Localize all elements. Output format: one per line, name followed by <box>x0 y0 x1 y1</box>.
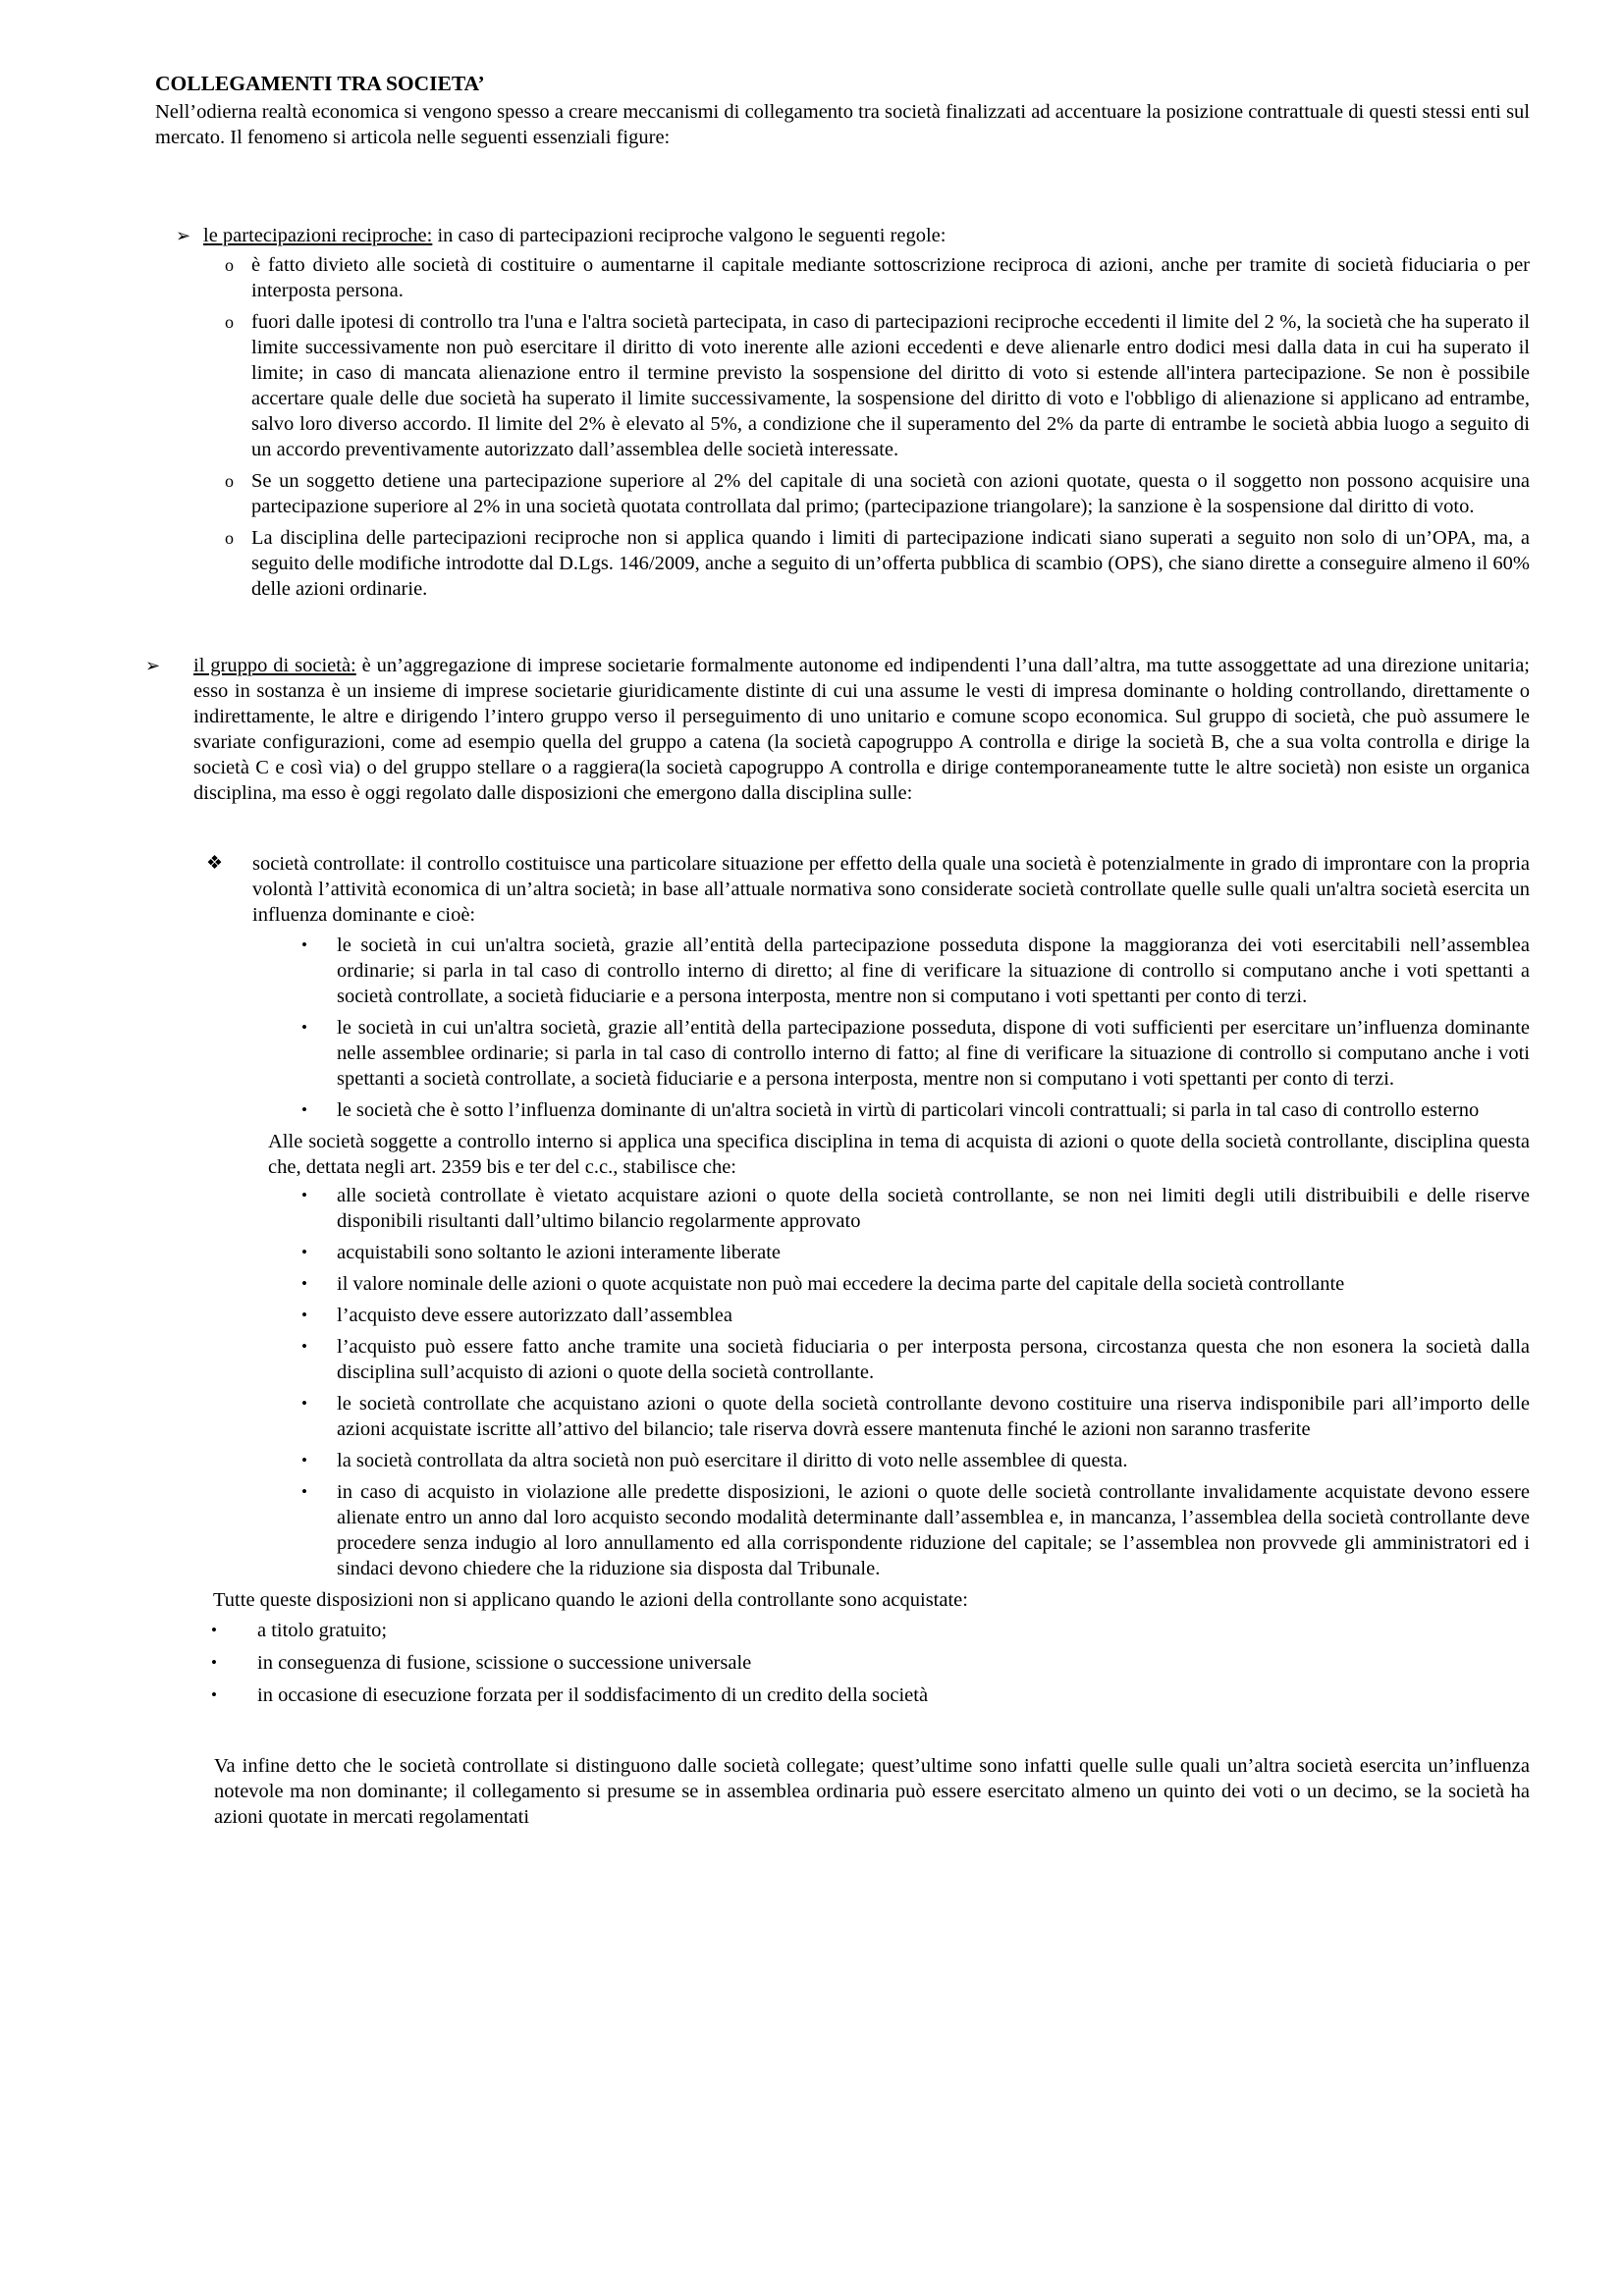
section-partecipazioni-lead: ➢ le partecipazioni reciproche: in caso … <box>155 223 1530 248</box>
intro-paragraph: Nell’odierna realtà economica si vengono… <box>155 99 1530 150</box>
dot-list-item: • l’acquisto può essere fatto anche tram… <box>155 1334 1530 1385</box>
list-item-text: le società in cui un'altra società, graz… <box>337 934 1530 1007</box>
document-content: COLLEGAMENTI TRA SOCIETA’ Nell’odierna r… <box>155 71 1530 1830</box>
list-item-text: fuori dalle ipotesi di controllo tra l'u… <box>251 311 1530 460</box>
list-item-text: l’acquisto deve essere autorizzato dall’… <box>337 1305 732 1326</box>
dot-list-item: • a titolo gratuito; <box>155 1618 1530 1643</box>
list-item-text: acquistabili sono soltanto le azioni int… <box>337 1242 781 1263</box>
dot-bullet-icon: • <box>301 1303 307 1328</box>
dot-bullet-icon: • <box>211 1682 217 1708</box>
controllate-lead-text: società controllate: il controllo costit… <box>252 853 1530 926</box>
dot-list-item: • le società in cui un'altra società, gr… <box>155 1015 1530 1092</box>
circle-list-item: o La disciplina delle partecipazioni rec… <box>155 525 1530 602</box>
dot-list-item: • l’acquisto deve essere autorizzato dal… <box>155 1303 1530 1328</box>
circle-list-item: o Se un soggetto detiene una partecipazi… <box>155 468 1530 519</box>
dot-bullet-icon: • <box>301 1479 307 1505</box>
list-item-text: l’acquisto può essere fatto anche tramit… <box>337 1336 1530 1383</box>
dot-bullet-icon: • <box>301 1391 307 1416</box>
dot-bullet-icon: • <box>301 1334 307 1360</box>
list-item-text: le società in cui un'altra società, graz… <box>337 1017 1530 1090</box>
gruppo-lead-text: è un’aggregazione di imprese societarie … <box>193 655 1530 804</box>
diamond-list-item: ❖ società controllate: il controllo cost… <box>155 851 1530 928</box>
circle-list-item: o è fatto divieto alle società di costit… <box>155 252 1530 303</box>
paragraph-tutte: Tutte queste disposizioni non si applica… <box>155 1587 1530 1613</box>
circle-bullet-icon: o <box>225 525 234 551</box>
circle-bullet-icon: o <box>225 468 234 494</box>
diamond-bullet-icon: ❖ <box>206 851 223 877</box>
document-page: COLLEGAMENTI TRA SOCIETA’ Nell’odierna r… <box>0 0 1623 2296</box>
dot-list-item: • le società in cui un'altra società, gr… <box>155 933 1530 1009</box>
list-item-text: le società controllate che acquistano az… <box>337 1393 1530 1440</box>
dot-list-item: • acquistabili sono soltanto le azioni i… <box>155 1240 1530 1265</box>
list-item-text: La disciplina delle partecipazioni recip… <box>251 527 1530 600</box>
list-item-text: Se un soggetto detiene una partecipazion… <box>251 470 1530 517</box>
dot-list-item: • in caso di acquisto in violazione alle… <box>155 1479 1530 1581</box>
dot-bullet-icon: • <box>301 1097 307 1123</box>
paragraph-alle: Alle società soggette a controllo intern… <box>155 1129 1530 1180</box>
dot-list-item: • le società che è sotto l’influenza dom… <box>155 1097 1530 1123</box>
arrow-bullet-icon: ➢ <box>176 223 190 248</box>
dot-bullet-icon: • <box>301 1015 307 1041</box>
dot-bullet-icon: • <box>301 1448 307 1473</box>
dot-list-item: • in conseguenza di fusione, scissione o… <box>155 1650 1530 1676</box>
partecipazioni-term: le partecipazioni reciproche: <box>203 225 432 246</box>
list-item-text: è fatto divieto alle società di costitui… <box>251 254 1530 301</box>
dot-bullet-icon: • <box>211 1650 217 1676</box>
closing-paragraph: Va infine detto che le società controlla… <box>155 1753 1530 1830</box>
dot-list-item: • alle società controllate è vietato acq… <box>155 1183 1530 1234</box>
list-item-text: le società che è sotto l’influenza domin… <box>337 1099 1479 1121</box>
dot-bullet-icon: • <box>211 1618 217 1643</box>
dot-list-item: • il valore nominale delle azioni o quot… <box>155 1271 1530 1297</box>
document-title: COLLEGAMENTI TRA SOCIETA’ <box>155 71 1530 96</box>
dot-bullet-icon: • <box>301 1271 307 1297</box>
dot-bullet-icon: • <box>301 933 307 958</box>
circle-bullet-icon: o <box>225 252 234 278</box>
dot-list-item: • in occasione di esecuzione forzata per… <box>155 1682 1530 1708</box>
dot-bullet-icon: • <box>301 1183 307 1208</box>
list-item-text: il valore nominale delle azioni o quote … <box>337 1273 1344 1295</box>
partecipazioni-lead-text: in caso di partecipazioni reciproche val… <box>432 225 946 246</box>
list-item-text: alle società controllate è vietato acqui… <box>337 1185 1530 1232</box>
list-item-text: a titolo gratuito; <box>257 1620 387 1641</box>
dot-list-item: • le società controllate che acquistano … <box>155 1391 1530 1442</box>
circle-list-item: o fuori dalle ipotesi di controllo tra l… <box>155 309 1530 462</box>
section-gruppo-lead: ➢ il gruppo di società: è un’aggregazion… <box>155 653 1530 806</box>
gruppo-term: il gruppo di società: <box>193 655 356 676</box>
dot-bullet-icon: • <box>301 1240 307 1265</box>
list-item-text: in caso di acquisto in violazione alle p… <box>337 1481 1530 1579</box>
circle-bullet-icon: o <box>225 309 234 335</box>
list-item-text: in occasione di esecuzione forzata per i… <box>257 1684 928 1706</box>
dot-list-item: • la società controllata da altra societ… <box>155 1448 1530 1473</box>
list-item-text: la società controllata da altra società … <box>337 1450 1127 1471</box>
arrow-bullet-icon: ➢ <box>145 653 160 678</box>
list-item-text: in conseguenza di fusione, scissione o s… <box>257 1652 751 1674</box>
